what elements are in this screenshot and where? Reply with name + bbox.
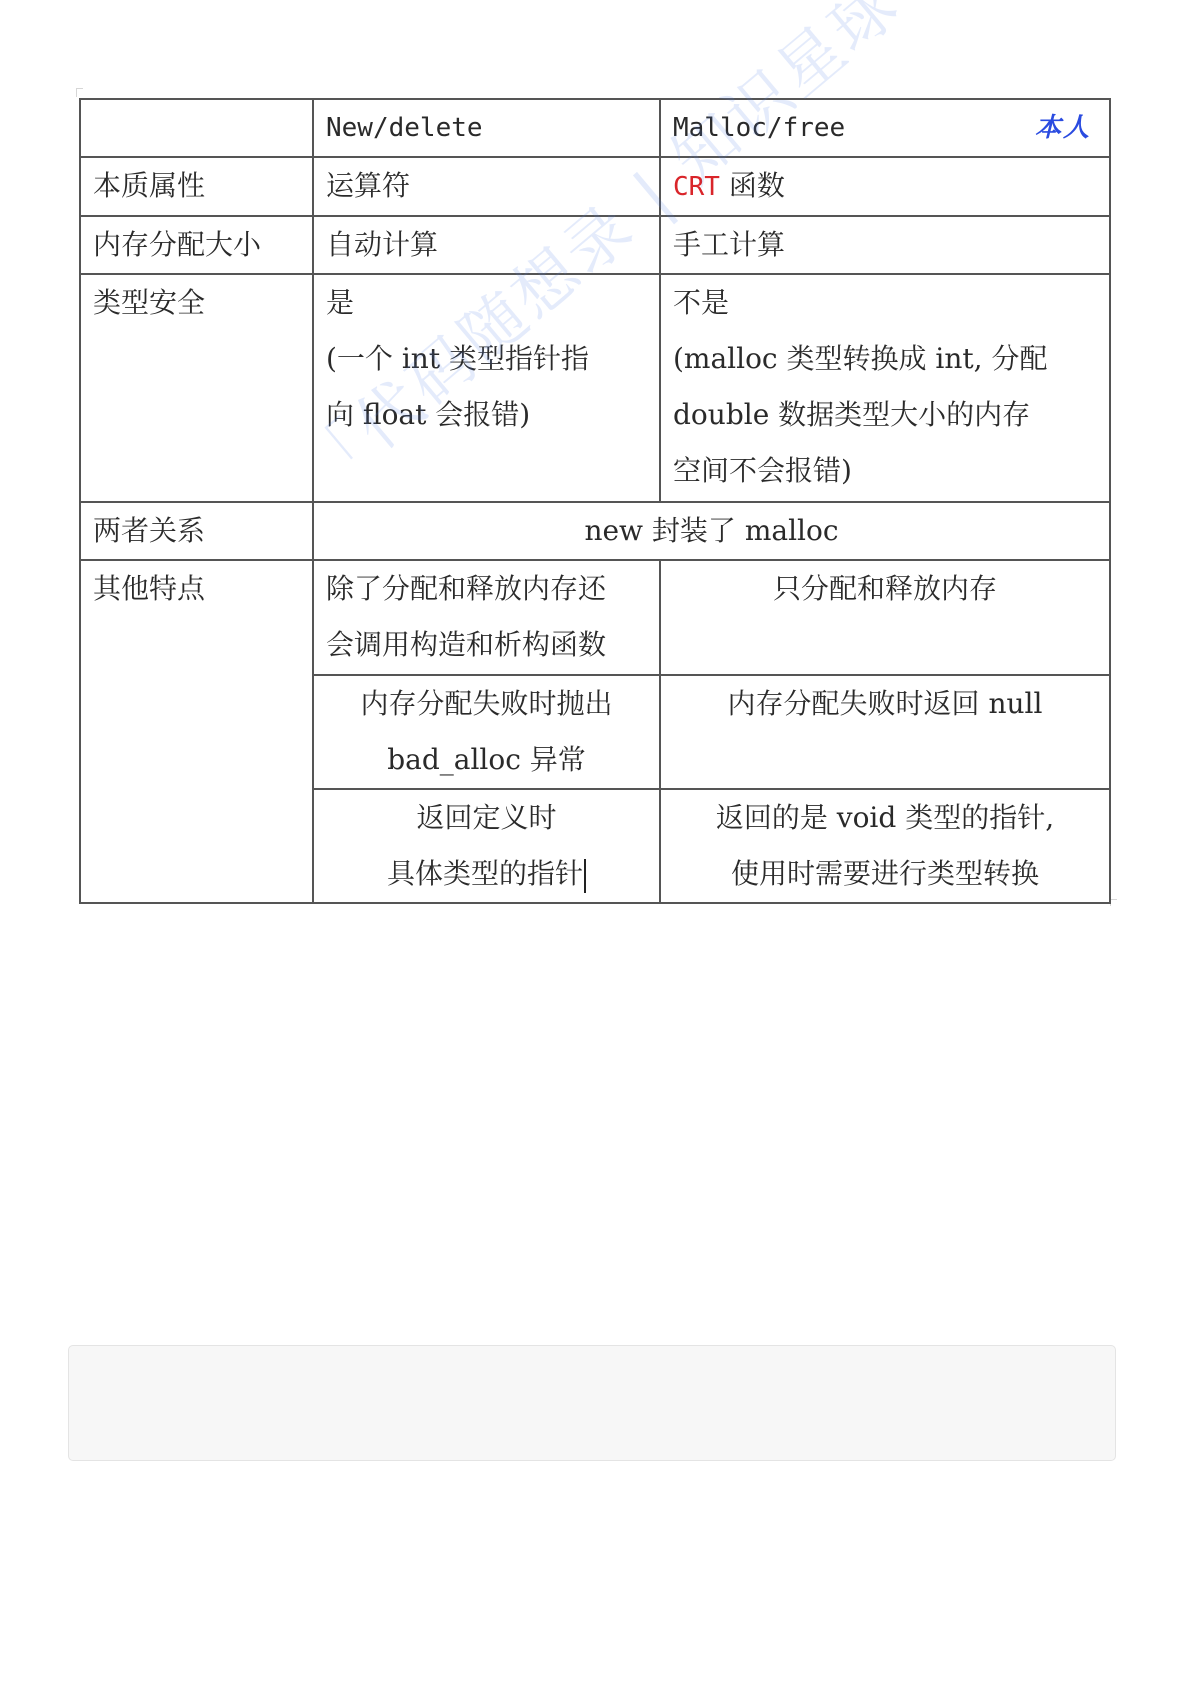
text-cursor	[584, 859, 586, 893]
empty-code-block	[68, 1345, 1116, 1461]
table-row-size: 内存分配大小 自动计算 手工计算	[80, 216, 1110, 274]
type-safety-new-line: 向 float 会报错)	[326, 387, 647, 443]
type-safety-malloc-line: (malloc 类型转换成 int, 分配	[673, 331, 1097, 387]
header-malloc-free: Malloc/free	[673, 113, 845, 143]
crt-rest: 函数	[720, 169, 785, 202]
cell-other-3-malloc: 返回的是 void 类型的指针, 使用时需要进行类型转换	[660, 789, 1110, 903]
other-2-malloc-line: 内存分配失败时返回 null	[673, 676, 1097, 732]
other-1-new-line: 会调用构造和析构函数	[326, 617, 647, 673]
header-malloc-free-cell: Malloc/free 本人	[660, 99, 1110, 157]
other-3-new-line-text: 具体类型的指针	[387, 857, 583, 890]
cell-nature-malloc: CRT 函数	[660, 157, 1110, 216]
cell-other-2-new: 内存分配失败时抛出 bad_alloc 异常	[313, 675, 660, 789]
cell-nature-new: 运算符	[313, 157, 660, 216]
type-safety-new-line: (一个 int 类型指针指	[326, 331, 647, 387]
table-row-nature: 本质属性 运算符 CRT 函数	[80, 157, 1110, 216]
cell-other-1-malloc: 只分配和释放内存	[660, 560, 1110, 675]
other-3-new-line-with-cursor: 具体类型的指针	[326, 846, 647, 902]
type-safety-malloc-line: double 数据类型大小的内存	[673, 387, 1097, 443]
other-2-new-line: bad_alloc 异常	[326, 732, 647, 788]
signature-text: 本人	[1035, 100, 1091, 156]
other-1-new-line: 除了分配和释放内存还	[326, 561, 647, 617]
other-3-malloc-line: 使用时需要进行类型转换	[673, 846, 1097, 902]
type-safety-new-line: 是	[326, 275, 647, 331]
row-label-type-safety: 类型安全	[80, 274, 313, 502]
row-label-size: 内存分配大小	[80, 216, 313, 274]
row-label-nature: 本质属性	[80, 157, 313, 216]
crt-highlight: CRT	[673, 172, 720, 202]
other-3-new-line: 返回定义时	[326, 790, 647, 846]
cell-other-3-new[interactable]: 返回定义时 具体类型的指针	[313, 789, 660, 903]
table-header-row: New/delete Malloc/free 本人	[80, 99, 1110, 157]
cell-relation-value: new 封装了 malloc	[313, 502, 1110, 560]
cell-size-new: 自动计算	[313, 216, 660, 274]
cell-type-safety-malloc: 不是 (malloc 类型转换成 int, 分配 double 数据类型大小的内…	[660, 274, 1110, 502]
header-new-delete: New/delete	[313, 99, 660, 157]
cell-type-safety-new: 是 (一个 int 类型指针指 向 float 会报错)	[313, 274, 660, 502]
table-row-type-safety: 类型安全 是 (一个 int 类型指针指 向 float 会报错) 不是 (ma…	[80, 274, 1110, 502]
cell-other-1-new: 除了分配和释放内存还 会调用构造和析构函数	[313, 560, 660, 675]
type-safety-malloc-line: 不是	[673, 275, 1097, 331]
other-2-new-line: 内存分配失败时抛出	[326, 676, 647, 732]
cell-other-2-malloc: 内存分配失败时返回 null	[660, 675, 1110, 789]
cell-size-malloc: 手工计算	[660, 216, 1110, 274]
row-label-relation: 两者关系	[80, 502, 313, 560]
other-1-malloc-line: 只分配和释放内存	[673, 561, 1097, 617]
table-row-relation: 两者关系 new 封装了 malloc	[80, 502, 1110, 560]
page-corner-mark	[76, 88, 83, 97]
type-safety-malloc-line: 空间不会报错)	[673, 443, 1097, 499]
header-blank-cell	[80, 99, 313, 157]
page-corner-mark-end	[1110, 899, 1117, 906]
row-label-other: 其他特点	[80, 560, 313, 903]
comparison-table: New/delete Malloc/free 本人 本质属性 运算符 CRT 函…	[79, 98, 1111, 904]
table-row-other-1: 其他特点 除了分配和释放内存还 会调用构造和析构函数 只分配和释放内存	[80, 560, 1110, 675]
other-3-malloc-line: 返回的是 void 类型的指针,	[673, 790, 1097, 846]
